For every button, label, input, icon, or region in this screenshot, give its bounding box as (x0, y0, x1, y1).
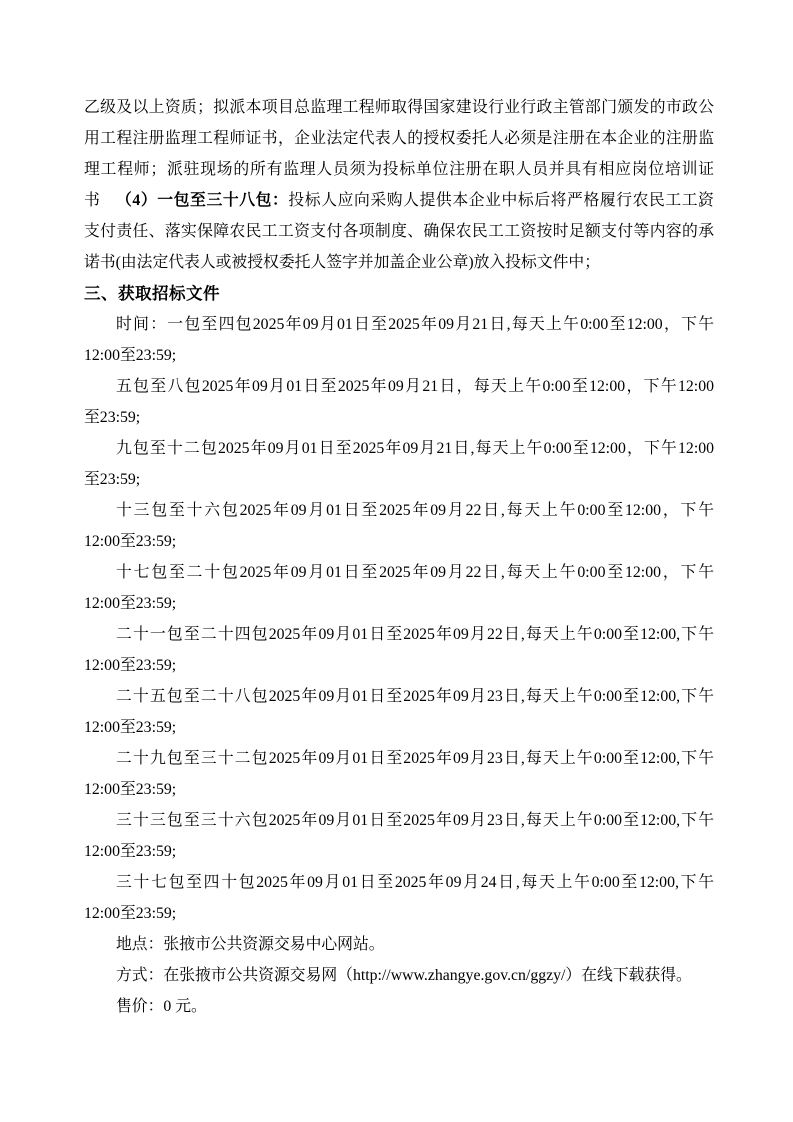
qualification-paragraph-line: 用工程注册监理工程师证书，企业法定代表人的授权委托人必须是注册在本企业的注册监 (84, 123, 714, 154)
price-line: 售价：0 元。 (84, 991, 714, 1022)
time-line-continuation: 12:00至23:59; (84, 526, 714, 557)
document-page: 乙级及以上资质；拟派本项目总监理工程师取得国家建设行业行政主管部门颁发的市政公 … (0, 0, 793, 1122)
time-line-packages-29-32: 二十九包至三十二包2025年09月01日至2025年09月23日,每天上午0:0… (84, 743, 714, 774)
time-line-continuation: 12:00至23:59; (84, 588, 714, 619)
qualification-paragraph-line: 乙级及以上资质；拟派本项目总监理工程师取得国家建设行业行政主管部门颁发的市政公 (84, 92, 714, 123)
time-line-continuation: 至23:59; (84, 402, 714, 433)
method-line: 方式：在张掖市公共资源交易网（http://www.zhangye.gov.cn… (84, 960, 714, 991)
location-line: 地点：张掖市公共资源交易中心网站。 (84, 929, 714, 960)
clause-4-line: （4）一包至三十八包：投标人应向采购人提供本企业中标后将严格履行农民工工资 (84, 185, 714, 216)
time-line-continuation: 12:00至23:59; (84, 712, 714, 743)
time-line-packages-9-12: 九包至十二包2025年09月01日至2025年09月21日,每天上午0:00至1… (84, 433, 714, 464)
clause-4-label: （4）一包至三十八包： (116, 192, 288, 209)
time-line-packages-33-36: 三十三包至三十六包2025年09月01日至2025年09月23日,每天上午0:0… (84, 805, 714, 836)
time-line-packages-37-40: 三十七包至四十包2025年09月01日至2025年09月24日,每天上午0:00… (84, 867, 714, 898)
qualification-paragraph-line: 理工程师；派驻现场的所有监理人员须为投标单位注册在职人员并具有相应岗位培训证书。 (84, 154, 714, 185)
time-line-continuation: 12:00至23:59; (84, 836, 714, 867)
document-text-block: 乙级及以上资质；拟派本项目总监理工程师取得国家建设行业行政主管部门颁发的市政公 … (84, 92, 714, 1022)
time-line-packages-21-24: 二十一包至二十四包2025年09月01日至2025年09月22日,每天上午0:0… (84, 619, 714, 650)
time-line-continuation: 12:00至23:59; (84, 898, 714, 929)
time-line-packages-17-20: 十七包至二十包2025年09月01日至2025年09月22日,每天上午0:00至… (84, 557, 714, 588)
clause-4-line: 诺书(由法定代表人或被授权委托人签字并加盖企业公章)放入投标文件中； (84, 247, 714, 278)
time-line-continuation: 12:00至23:59; (84, 774, 714, 805)
time-line-packages-25-28: 二十五包至二十八包2025年09月01日至2025年09月23日,每天上午0:0… (84, 681, 714, 712)
time-line-packages-1-4: 时间：一包至四包2025年09月01日至2025年09月21日,每天上午0:00… (84, 309, 714, 340)
section-heading-obtain-documents: 三、获取招标文件 (84, 278, 714, 309)
clause-4-text: 投标人应向采购人提供本企业中标后将严格履行农民工工资 (288, 192, 714, 209)
time-line-continuation: 至23:59; (84, 464, 714, 495)
time-line-continuation: 12:00至23:59; (84, 650, 714, 681)
time-line-packages-5-8: 五包至八包2025年09月01日至2025年09月21日，每天上午0:00至12… (84, 371, 714, 402)
clause-4-line: 支付责任、落实保障农民工工资支付各项制度、确保农民工工资按时足额支付等内容的承 (84, 216, 714, 247)
time-line-packages-13-16: 十三包至十六包2025年09月01日至2025年09月22日,每天上午0:00至… (84, 495, 714, 526)
time-line-continuation: 12:00至23:59; (84, 340, 714, 371)
